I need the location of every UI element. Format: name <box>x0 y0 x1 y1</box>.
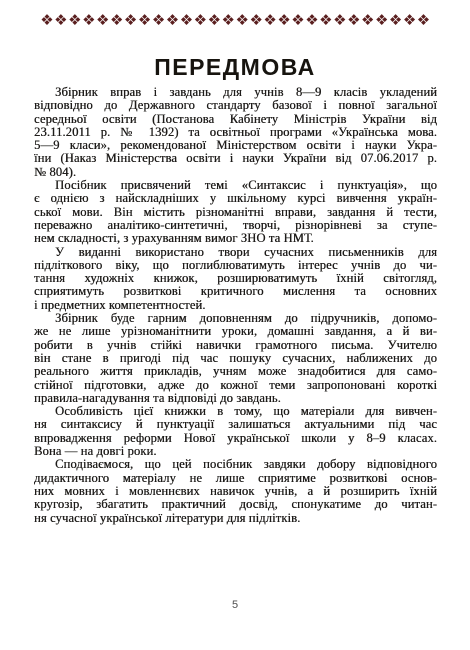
book-page: ❖❖❖❖❖❖❖❖❖❖❖❖❖❖❖❖❖❖❖❖❖❖❖❖❖❖❖❖ ПЕРЕДМОВА З… <box>0 0 470 650</box>
text-line: тання художніх книжок, розширюватимуть ї… <box>34 272 437 285</box>
text-line: них мовних і мовленнєвих навичок учнів, … <box>34 485 437 498</box>
text-line: реального життя прикладів, учням може зн… <box>34 365 437 378</box>
text-line: ської мови. Він містить різноманітні впр… <box>34 206 437 219</box>
text-line: впровадження реформи Нової української ш… <box>34 432 437 445</box>
paragraph: Сподіваємося, що цей посібник завдяки до… <box>34 458 437 524</box>
body-text: Збірник вправ і завдань для учнів 8—9 кл… <box>34 86 437 525</box>
text-line: він стане в пригоді під час пошуку сучас… <box>34 352 437 365</box>
text-line: Збірник вправ і завдань для учнів 8—9 кл… <box>34 86 437 99</box>
text-line: дидактичного матеріалу не лише сприятиме… <box>34 472 437 485</box>
text-line: же не лише урізноманітнити уроки, домашн… <box>34 325 437 338</box>
paragraph: Особливість цієї книжки в тому, що матер… <box>34 405 437 458</box>
text-line: сприятимуть розвиткові критичного мислен… <box>34 285 437 298</box>
paragraph: Посібник присвячений темі «Синтаксис і п… <box>34 179 437 245</box>
page-number: 5 <box>0 599 470 611</box>
text-line: 5—9 класи», рекомендованої Міністерством… <box>34 139 437 152</box>
text-line: кругозір, збагатить практичний досвід, с… <box>34 498 437 511</box>
text-line: 23.11.2011 р. № 1392) та освітньої прогр… <box>34 126 437 139</box>
text-line: У виданні використано твори сучасних пис… <box>34 246 437 259</box>
text-line: Посібник присвячений темі «Синтаксис і п… <box>34 179 437 192</box>
text-line: нем складності, з урахуванням вимог ЗНО … <box>34 232 437 245</box>
page-title: ПЕРЕДМОВА <box>0 54 470 81</box>
text-line: правила-нагадування та відповіді до завд… <box>34 392 437 405</box>
text-line: переважно аналітико-синтетичні, творчі, … <box>34 219 437 232</box>
text-line: № 804). <box>34 166 437 179</box>
text-line: Збірник буде гарним доповненням до підру… <box>34 312 437 325</box>
text-line: є однією з найскладніших у шкільному кур… <box>34 192 437 205</box>
text-line: робити в учнів стійкі навички грамотного… <box>34 339 437 352</box>
text-line: середньої освіти (Постанова Кабінету Мін… <box>34 113 437 126</box>
paragraph: Збірник вправ і завдань для учнів 8—9 кл… <box>34 86 437 179</box>
text-line: відповідно до Державного стандарту базов… <box>34 99 437 112</box>
text-line: ня сучасної української літератури для п… <box>34 512 437 525</box>
text-line: їни (Наказ Міністерства освіти і науки У… <box>34 152 437 165</box>
ornament-border: ❖❖❖❖❖❖❖❖❖❖❖❖❖❖❖❖❖❖❖❖❖❖❖❖❖❖❖❖ <box>34 11 437 29</box>
text-line: Вона — на довгі роки. <box>34 445 437 458</box>
text-line: і предметних компетентностей. <box>34 299 437 312</box>
text-line: Сподіваємося, що цей посібник завдяки до… <box>34 458 437 471</box>
paragraph: У виданні використано твори сучасних пис… <box>34 246 437 312</box>
paragraph: Збірник буде гарним доповненням до підру… <box>34 312 437 405</box>
text-line: підліткового віку, що поглиблюватимуть і… <box>34 259 437 272</box>
text-line: ня синтаксису й пунктуації залишаться ак… <box>34 418 437 431</box>
text-line: Особливість цієї книжки в тому, що матер… <box>34 405 437 418</box>
text-line: стійної підготовки, адже до кожної теми … <box>34 379 437 392</box>
